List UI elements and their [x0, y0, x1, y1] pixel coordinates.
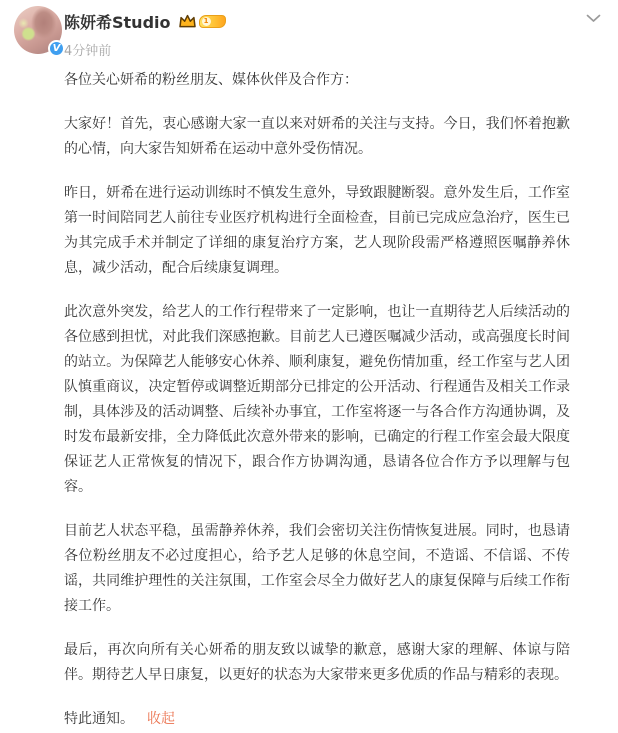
- vip-level-number: 1: [202, 17, 211, 26]
- post-paragraph: 大家好！首先，衷心感谢大家一直以来对妍希的关注与支持。今日，我们怀着抱歉的心情，…: [64, 112, 570, 162]
- verified-v-icon: V: [48, 40, 65, 57]
- post-paragraph: 最后，再次向所有关心妍希的朋友致以诚挚的歉意，感谢大家的理解、体谅与陪伴。期待艺…: [64, 638, 570, 688]
- collapse-link[interactable]: 收起: [147, 711, 175, 727]
- username[interactable]: 陈妍希Studio: [64, 10, 171, 33]
- post-closing: 特此通知。: [64, 711, 134, 727]
- post-paragraph: 昨日，妍希在进行运动训练时不慎发生意外，导致跟腱断裂。意外发生后，工作室第一时间…: [64, 181, 570, 281]
- post-paragraph: 此次意外突发，给艺人的工作行程带来了一定影响，也让一直期待艺人后续活动的各位感到…: [64, 300, 570, 500]
- chevron-down-icon[interactable]: [585, 12, 601, 24]
- vip-level-badge: 1: [199, 15, 226, 28]
- crown-icon: [178, 14, 197, 29]
- user-info: 陈妍希Studio 1 4分钟前: [64, 10, 226, 59]
- vip-crown-badge[interactable]: 1: [178, 14, 226, 29]
- post-body: 各位关心妍希的粉丝朋友、媒体伙伴及合作方： 大家好！首先，衷心感谢大家一直以来对…: [64, 68, 570, 732]
- name-row: 陈妍希Studio 1: [64, 10, 226, 33]
- weibo-post: V 陈妍希Studio 1 4分钟前: [0, 0, 618, 733]
- closing-row: 特此通知。收起: [64, 707, 570, 732]
- post-header: V 陈妍希Studio 1 4分钟前: [0, 0, 618, 58]
- timestamp: 4分钟前: [64, 40, 226, 59]
- post-salutation: 各位关心妍希的粉丝朋友、媒体伙伴及合作方：: [64, 68, 570, 93]
- avatar[interactable]: V: [14, 6, 62, 54]
- post-paragraph: 目前艺人状态平稳，虽需静养休养，我们会密切关注伤情恢复进展。同时，也恳请各位粉丝…: [64, 519, 570, 619]
